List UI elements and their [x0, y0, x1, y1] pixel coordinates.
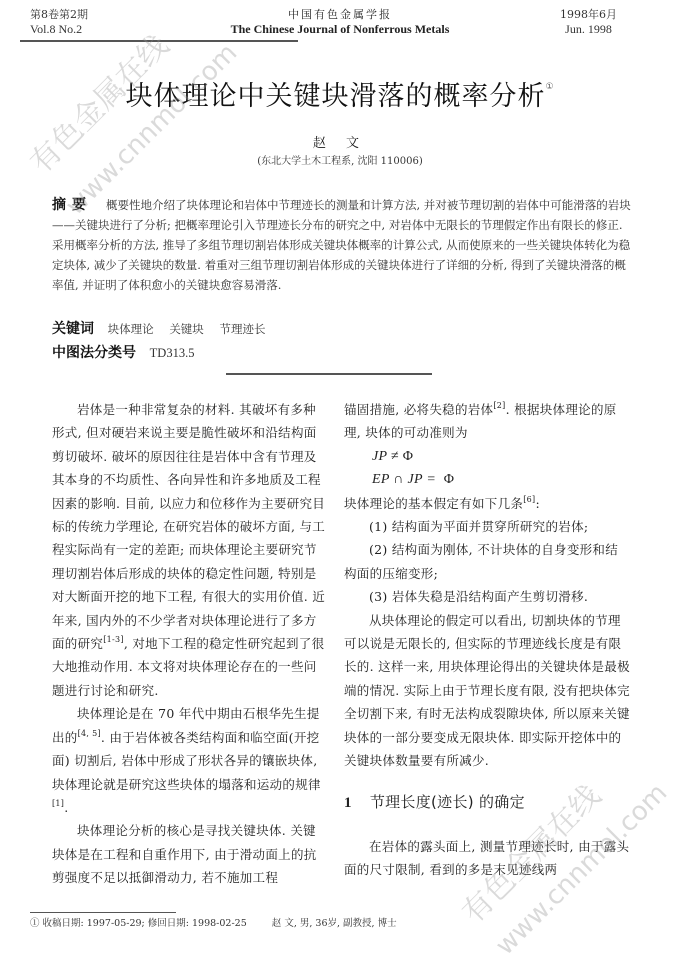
keyword-item: 节理迹长 — [219, 322, 265, 336]
paragraph: 块体理论分析的核心是寻找关键块体. 关键块体是在工程和自重作用下, 由于滑动面上… — [52, 819, 327, 889]
footnote-rule — [30, 912, 176, 913]
keyword-item: 关键块 — [169, 322, 204, 336]
title-footnote-mark: ① — [545, 82, 554, 92]
body-left-column: 岩体是一种非常复杂的材料. 其破坏有多种形式, 但对硬岩来说主要是脆性破坏和沿结… — [52, 398, 327, 890]
keyword-item: 块体理论 — [108, 322, 154, 336]
watermark-url: www.cnnmol.com — [60, 38, 243, 221]
header-full-width-rule — [20, 40, 298, 42]
paragraph-text: . — [64, 800, 68, 815]
date-en: Jun. 1998 — [560, 22, 617, 36]
paragraph: 块体理论的基本假定有如下几条[6]: — [344, 492, 630, 515]
paragraph: 锚固措施, 必将失稳的岩体[2]. 根据块体理论的原理, 块体的可动准则为 — [344, 398, 630, 445]
citation: [6] — [523, 495, 535, 504]
keywords-label: 关键词 — [52, 321, 94, 337]
formula-movability-1: JP ≠ Φ — [344, 445, 630, 468]
paragraph-text: : — [535, 496, 540, 511]
paragraph-text: 岩体是一种非常复杂的材料. 其破坏有多种形式, 但对硬岩来说主要是脆性破坏和沿结… — [52, 402, 325, 651]
citation: [4, 5] — [78, 729, 101, 738]
footnote-author-info: 赵 文, 男, 36岁, 副教授, 博士 — [272, 918, 397, 929]
citation: [1] — [52, 799, 64, 808]
formula-term: Φ — [444, 472, 455, 487]
clc-value: TD313.5 — [150, 346, 195, 360]
section-heading: 1节理长度(迹长) 的确定 — [344, 791, 630, 815]
assumption-item: (1) 结构面为平面并贯穿所研究的岩体; — [344, 515, 630, 538]
article-title: 块体理论中关键块滑落的概率分析① — [0, 74, 680, 113]
paragraph: 从块体理论的假定可以看出, 切割块体的节理可以说是无限长的, 但实际的节理迹线长… — [344, 609, 630, 773]
paragraph: 岩体是一种非常复杂的材料. 其破坏有多种形式, 但对硬岩来说主要是脆性破坏和沿结… — [52, 398, 327, 702]
section-number: 1 — [344, 795, 352, 811]
abstract-label: 摘要 — [52, 197, 92, 213]
author-affiliation: (东北大学土木工程系, 沈阳 110006) — [0, 152, 680, 167]
formula-operator: ≠ — [391, 449, 399, 464]
paragraph-text: 块体理论的基本假定有如下几条 — [344, 496, 523, 511]
section-title: 节理长度(迹长) 的确定 — [370, 793, 525, 811]
paragraph: 块体理论是在 70 年代中期由石根华先生提出的[4, 5]. 由于岩体被各类结构… — [52, 702, 327, 819]
publication-date: 1998年6月 Jun. 1998 — [560, 8, 617, 36]
paragraph-text: 锚固措施, 必将失稳的岩体 — [344, 402, 493, 417]
body-right-column: 锚固措施, 必将失稳的岩体[2]. 根据块体理论的原理, 块体的可动准则为 JP… — [344, 398, 630, 882]
abstract-text: 概要性地介绍了块体理论和岩体中节理迹长的测量和计算方法, 并对被节理切割的岩体中… — [52, 198, 631, 292]
citation: [1-3] — [103, 635, 124, 644]
abstract-separator — [226, 373, 432, 375]
footnote-dates: 收稿日期: 1997-05-29; 修回日期: 1998-02-25 — [43, 918, 247, 929]
keywords: 关键词 块体理论 关键块 节理迹长 — [52, 318, 277, 338]
assumption-item: (3) 岩体失稳是沿结构面产生剪切滑移. — [344, 585, 630, 608]
formula-term: JP = — [408, 472, 437, 487]
citation: [2] — [493, 401, 505, 410]
date-cn: 1998年6月 — [560, 8, 617, 22]
title-text: 块体理论中关键块滑落的概率分析 — [125, 81, 545, 112]
formula-operator: ∩ — [393, 472, 403, 487]
formula-term: JP — [372, 449, 387, 464]
clc-label: 中图法分类号 — [52, 345, 136, 361]
paragraph: 在岩体的露头面上, 测量节理迹长时, 由于露头面的尺寸限制, 看到的多是末见迹线… — [344, 835, 630, 882]
paragraph-text: . 由于岩体被各类结构面和临空面(开挖面) 切割后, 岩体中形成了形状各异的镶嵌… — [52, 730, 321, 792]
classification-number: 中图法分类号 TD313.5 — [52, 342, 194, 362]
abstract: 摘要概要性地介绍了块体理论和岩体中节理迹长的测量和计算方法, 并对被节理切割的岩… — [52, 195, 632, 295]
formula-movability-2: EP ∩ JP = Φ — [344, 468, 630, 491]
formula-term: Φ — [403, 449, 414, 464]
assumption-item: (2) 结构面为刚体, 不计块体的自身变形和结构面的压缩变形; — [344, 538, 630, 585]
author-name: 赵 文 — [0, 132, 680, 151]
footnote-mark: ① — [30, 918, 40, 929]
formula-term: EP — [372, 472, 389, 487]
footnote: ① 收稿日期: 1997-05-29; 修回日期: 1998-02-25 赵 文… — [30, 915, 397, 929]
